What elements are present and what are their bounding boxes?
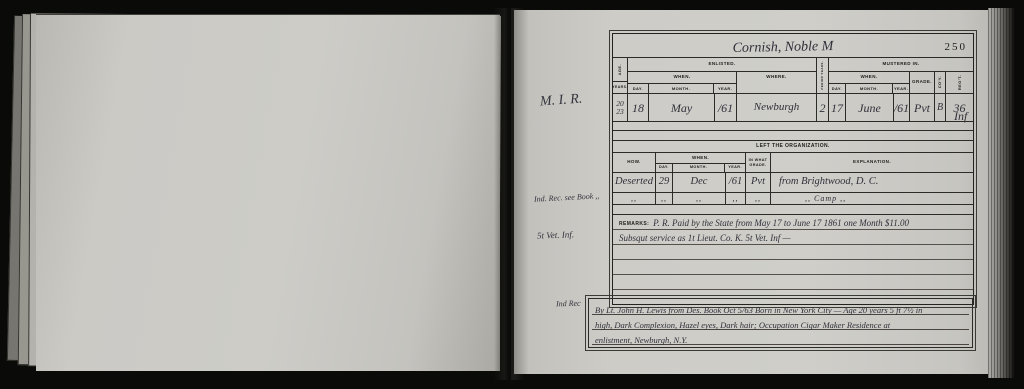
enlisted-year-label: YEAR.: [714, 84, 736, 93]
page-number: 250: [945, 41, 968, 53]
company-value: B: [937, 103, 943, 113]
explanation-value: from Brightwood, D. C.: [779, 177, 878, 188]
lorg-day-value: 29: [659, 177, 670, 188]
month-ditto: ,,: [696, 195, 702, 203]
remarks-label: REMARKS:: [619, 222, 649, 228]
left-organization-band: LEFT THE ORGANIZATION.: [613, 141, 973, 153]
descriptive-note-line-2: high, Dark Complexion, Hazel eyes, Dark …: [592, 315, 969, 330]
remarks-blank-line: [613, 245, 973, 260]
descriptive-note-line-1: By Lt. John H. Lewis from Des. Book Oct …: [592, 300, 969, 315]
enlisted-year-value: /61: [718, 102, 733, 114]
age-value: 20 23: [613, 94, 628, 121]
mustered-month-label: MONTH.: [846, 84, 893, 93]
service-entry-row: 20 23 18 May /61 Newburgh 2 17 June /61 …: [613, 94, 973, 122]
period-value: 2: [820, 102, 826, 114]
name-header-row: Cornish, Noble M 250: [613, 34, 973, 58]
explanation-label: EXPLANATION.: [853, 160, 891, 165]
how-label: HOW.: [627, 160, 641, 165]
mustered-group: MUSTERED IN. WHEN. DAY. MONTH. YEAR. GRA…: [829, 58, 973, 93]
remarks-section: REMARKS: P. R. Paid by the State from Ma…: [613, 215, 973, 304]
day-ditto: ,,: [661, 195, 667, 203]
left-organization-title: LEFT THE ORGANIZATION.: [756, 144, 830, 149]
blank-ruled-row: [613, 131, 973, 141]
enlisted-when-group: WHEN. DAY. MONTH. YEAR.: [628, 72, 737, 93]
left-organization-entry-row: Deserted 29 Dec /61 Pvt from Brightwood,…: [613, 173, 973, 193]
left-organization-headers: HOW. WHEN. DAY. MONTH. YEAR. IN WHAT GRA…: [613, 153, 973, 173]
enlisted-month-label: MONTH.: [649, 84, 714, 93]
enlisted-when-label: WHEN.: [674, 75, 691, 80]
lorg-month-label: MONTH.: [673, 164, 725, 172]
lorg-day-label: DAY.: [656, 164, 673, 172]
enlisted-month-value: May: [671, 102, 692, 114]
lorg-month-value: Dec: [691, 177, 708, 188]
grade-label: GRADE.: [912, 80, 932, 85]
enlisted-group: ENLISTED. WHEN. DAY. MONTH. YEAR. WHERE.: [628, 58, 817, 93]
age-column-header: AGE. YEARS.: [613, 58, 628, 93]
grade-value: Pvt: [914, 102, 930, 114]
mustered-month-value: June: [858, 102, 881, 114]
lorg-year-value: /61: [729, 177, 742, 188]
soldier-name: Cornish, Noble M: [673, 39, 893, 58]
mustered-title: MUSTERED IN.: [882, 62, 919, 67]
period-label: PERIOD YEARS.: [821, 61, 824, 90]
regiment-branch-value: Inf: [954, 110, 967, 122]
mustered-day-value: 17: [831, 102, 843, 114]
mustered-day-label: DAY.: [829, 84, 846, 93]
right-page-stack-edges: [988, 8, 1014, 378]
remarks-text-2: Subsqut service as 1t Lieut. Co. K. 5t V…: [619, 234, 791, 243]
year-ditto: ,,: [733, 195, 739, 203]
lorg-when-group: WHEN. DAY. MONTH. YEAR.: [656, 153, 746, 172]
regiment-label: REG'T.: [958, 75, 962, 90]
how-ditto: ,,: [631, 195, 637, 203]
enlisted-day-value: 18: [632, 102, 644, 114]
remarks-line-1: REMARKS: P. R. Paid by the State from Ma…: [613, 215, 973, 230]
left-organization-ditto-row: ,, ,, ,, ,, ,, ,, Camp ,,: [613, 193, 973, 205]
enlisted-where-label: WHERE.: [766, 75, 786, 80]
blank-ruled-row: [613, 205, 973, 215]
regiment-value: 36 Inf: [946, 94, 973, 121]
remarks-text-1: P. R. Paid by the State from May 17 to J…: [653, 219, 909, 228]
lorg-grade-value: Pvt: [751, 177, 765, 188]
remarks-blank-line: [613, 275, 973, 290]
lorg-when-label: WHEN.: [692, 156, 709, 161]
enlisted-title: ENLISTED.: [708, 62, 735, 67]
scanned-book-spread: Cornish, Noble M 250 AGE. YEARS. ENLISTE…: [0, 0, 1024, 389]
muster-record-form: Cornish, Noble M 250 AGE. YEARS. ENLISTE…: [612, 33, 974, 305]
book-gutter-line: [508, 6, 511, 382]
remarks-line-2: Subsqut service as 1t Lieut. Co. K. 5t V…: [613, 230, 973, 245]
margin-note-mir: M. I. R.: [540, 93, 583, 110]
remarks-blank-line: [613, 260, 973, 275]
mustered-year-label: YEAR.: [893, 84, 909, 93]
margin-note-ind-rec: Ind Rec: [556, 300, 581, 309]
period-column-header: PERIOD YEARS.: [817, 58, 829, 93]
grade-ditto: ,,: [755, 195, 761, 203]
enlisted-where-value: Newburgh: [754, 102, 799, 113]
age-label: AGE.: [618, 64, 622, 75]
margin-note-5th-vet-inf: 5t Vet. Inf.: [537, 230, 574, 240]
column-headers: AGE. YEARS. ENLISTED. WHEN. DAY. MONTH. …: [613, 58, 973, 94]
explanation-ditto: ,, Camp ,,: [805, 195, 846, 203]
company-label: CO'Y.: [938, 76, 942, 88]
years-label: YEARS.: [613, 82, 627, 93]
descriptive-note-box: By Lt. John H. Lewis from Des. Book Oct …: [588, 298, 973, 348]
mustered-when-label: WHEN.: [861, 75, 878, 80]
blank-ruled-row: [613, 122, 973, 131]
left-page-blank: [36, 14, 500, 371]
mustered-year-value: /61: [894, 102, 909, 114]
in-what-grade-label: IN WHAT GRADE.: [746, 158, 770, 167]
how-value: Deserted: [615, 177, 653, 188]
mustered-when-group: WHEN. DAY. MONTH. YEAR.: [829, 72, 910, 93]
enlisted-day-label: DAY.: [628, 84, 649, 93]
descriptive-note-line-3: enlistment, Newburgh, N.Y.: [592, 330, 969, 345]
lorg-year-label: YEAR.: [725, 164, 745, 172]
